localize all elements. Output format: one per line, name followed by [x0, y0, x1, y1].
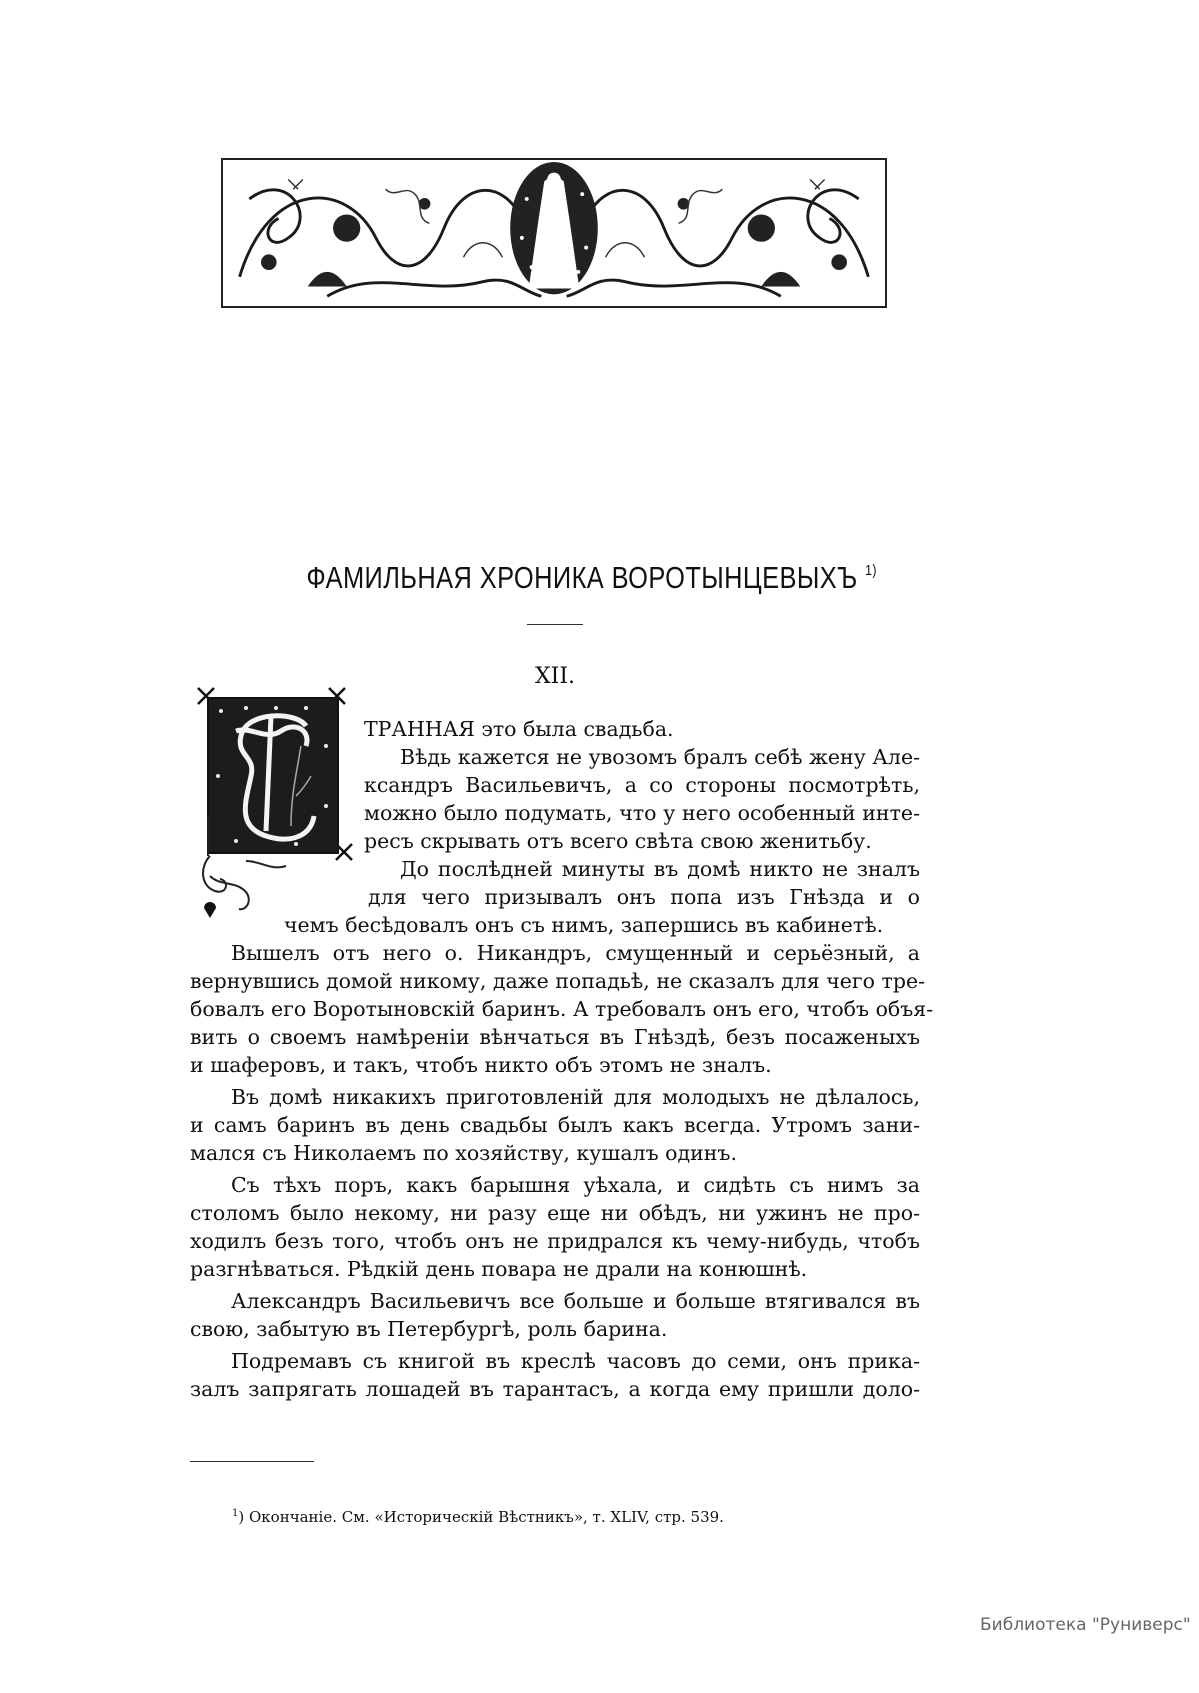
body-line: Въ домѣ никакихъ приготовленій для молод…	[231, 1087, 920, 1108]
body-line: До послѣдней минуты въ домѣ никто не зна…	[400, 859, 920, 880]
body-line: бовалъ его Воротыновскій баринъ. А требо…	[190, 999, 920, 1020]
body-line: можно было подумать, что у него особенны…	[364, 803, 920, 824]
body-line: Подремавъ съ книгой въ креслѣ часовъ до …	[231, 1351, 920, 1372]
body-line: и шаферовъ, и такъ, чтобъ никто объ этом…	[190, 1055, 772, 1076]
engraved-vignette-icon	[223, 160, 885, 306]
ornate-initial-icon	[196, 686, 361, 926]
body-line: и самъ баринъ въ день свадьбы былъ какъ …	[190, 1115, 920, 1136]
footnote-divider	[190, 1461, 314, 1462]
body-line: Вѣдь кажется не увозомъ бралъ себѣ жену …	[400, 747, 920, 768]
footnote-reference[interactable]: 1)	[865, 562, 877, 579]
body-line: Александръ Васильевичъ все больше и боль…	[231, 1291, 920, 1312]
body-line: разгнѣваться. Рѣдкій день повара не драл…	[190, 1259, 807, 1280]
body-line: ресъ скрывать отъ всего свѣта свою женит…	[364, 831, 872, 852]
body-line: Вышелъ отъ него о. Никандръ, смущенный и…	[231, 943, 920, 964]
body-line: столомъ было некому, ни разу еще ни обѣд…	[190, 1203, 920, 1224]
heart-ornament-icon	[204, 902, 216, 918]
body-line: для чего призывалъ онъ попа изъ Гнѣзда и…	[368, 887, 920, 908]
footnote-text: ) Окончаніе. См. «Историческій Вѣстникъ»…	[238, 1508, 724, 1526]
body-line: Съ тѣхъ поръ, какъ барышня уѣхала, и сид…	[231, 1175, 920, 1196]
body-line: вернувшись домой никому, даже попадьѣ, н…	[190, 971, 920, 992]
chapter-number: XII.	[0, 664, 1110, 689]
body-line: чемъ бесѣдовалъ онъ съ нимъ, запершись в…	[284, 915, 883, 936]
body-line: залъ запрягать лошадей въ тарантасъ, а к…	[190, 1379, 920, 1400]
body-line: мался съ Николаемъ по хозяйству, кушалъ …	[190, 1143, 737, 1164]
body-line: ходилъ безъ того, чтобъ онъ не придрался…	[190, 1231, 920, 1252]
article-title: ФАМИЛЬНАЯ ХРОНИКА ВОРОТЫНЦЕВЫХЪ 1)	[100, 560, 1083, 596]
library-watermark: Библиотека "Руниверс"	[980, 1615, 1191, 1635]
title-divider	[527, 624, 583, 625]
drop-cap-initial	[196, 686, 361, 926]
body-line: вить о своемъ намѣреніи вѣнчаться въ Гнѣ…	[190, 1027, 920, 1048]
body-line: ТРАННАЯ это была свадьба.	[364, 719, 674, 740]
body-line: свою, забытую въ Петербургѣ, роль барина…	[190, 1319, 667, 1340]
body-line: ксандръ Васильевичъ, а со стороны посмот…	[364, 775, 920, 796]
ornamental-headpiece	[221, 158, 887, 308]
footnote: 1) Окончаніе. См. «Историческій Вѣстникъ…	[232, 1508, 724, 1526]
title-text: ФАМИЛЬНАЯ ХРОНИКА ВОРОТЫНЦЕВЫХЪ	[306, 560, 857, 595]
